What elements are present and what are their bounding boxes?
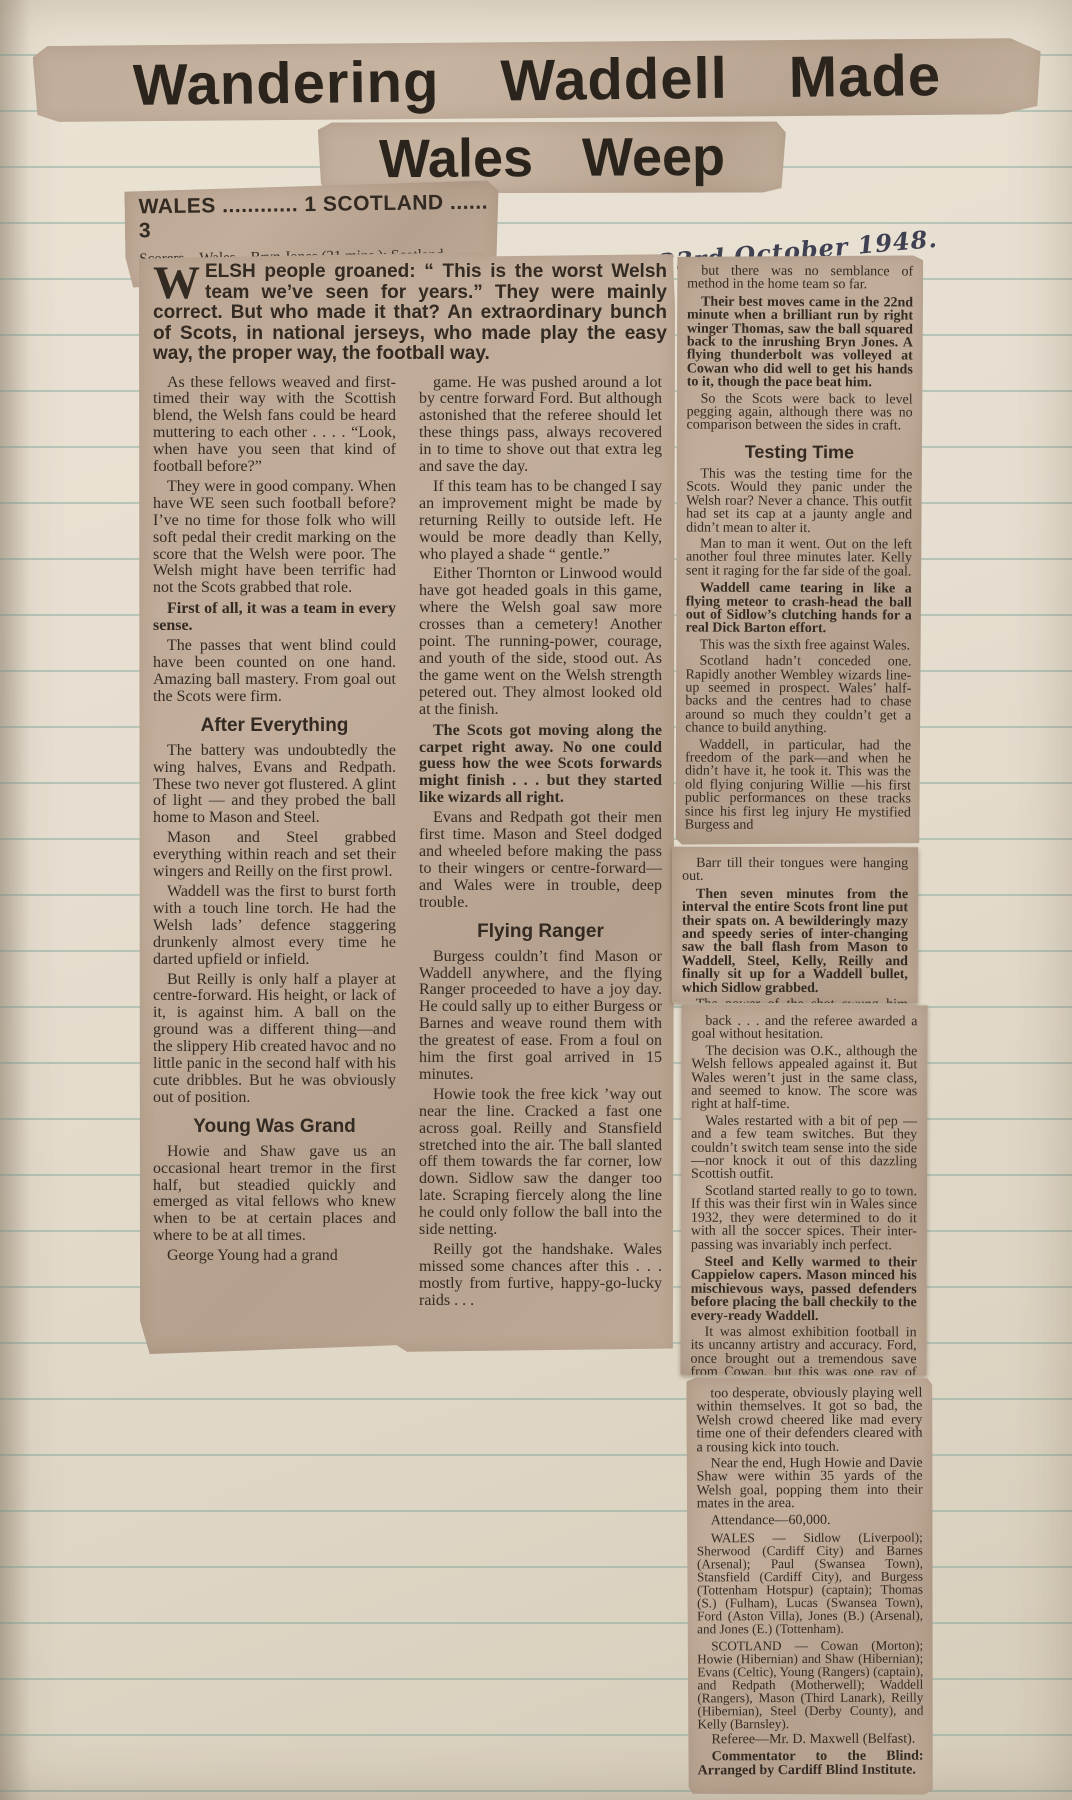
section-heading: After Everything — [153, 715, 396, 737]
lead-text: ELSH people groaned: “ This is the worst… — [153, 261, 667, 364]
article-paragraph: If this team has to be changed I say an … — [419, 479, 662, 564]
article-paragraph: Either Thornton or Linwood would have go… — [419, 566, 662, 718]
article-paragraph: The decision was O.K., although the Wels… — [691, 1045, 917, 1113]
article-column-left: As these fellows weaved and first-timed … — [153, 372, 396, 1310]
article-paragraph: Waddell, in particular, had the freedom … — [685, 738, 911, 833]
article-paragraph: They were in good company. When have WE … — [153, 479, 396, 597]
article-paragraph: Mason and Steel grabbed everything withi… — [153, 830, 396, 881]
article-right-clipping-4: too desperate, obviously playing well wi… — [686, 1377, 933, 1796]
article-paragraph: The passes that went blind could have be… — [153, 638, 396, 706]
article-paragraph: The power of the shot swung him round on… — [682, 998, 908, 1003]
article-right-clipping-3: back . . . and the referee awarded a goa… — [681, 1005, 928, 1376]
article-paragraph: Man to man it went. Out on the left anot… — [686, 537, 912, 578]
headline-strip-top: Wandering Waddell Made — [33, 34, 1042, 126]
article-paragraph: Then seven minutes from the interval the… — [682, 888, 908, 996]
article-paragraph: But Reilly is only half a player at cent… — [153, 972, 396, 1107]
article-paragraph: The Scots got moving along the carpet ri… — [419, 723, 662, 808]
article-paragraph: SCOTLAND — Cowan (Morton); Howie (Hibern… — [697, 1639, 923, 1731]
article-paragraph: Burgess couldn’t find Mason or Waddell a… — [419, 949, 662, 1084]
article-paragraph: Waddell came tearing in like a flying me… — [686, 582, 912, 637]
article-paragraph: Their best moves came in the 22nd minute… — [687, 295, 913, 390]
article-paragraph: Reilly got the handshake. Wales missed s… — [419, 1242, 662, 1310]
article-paragraph: Wales restarted with a bit of pep —and a… — [691, 1115, 917, 1183]
section-heading: Testing Time — [686, 440, 912, 463]
article-paragraph: back . . . and the referee awarded a goa… — [691, 1015, 917, 1042]
lead-paragraph: WELSH people groaned: “ This is the wors… — [153, 262, 667, 365]
article-paragraph: too desperate, obviously playing well wi… — [696, 1387, 922, 1455]
article-paragraph: Howie took the free kick ’way out near t… — [419, 1087, 662, 1239]
article-main-clipping: WELSH people groaned: “ This is the wors… — [139, 252, 675, 1354]
article-paragraph: WALES — Sidlow (Liverpool); Sherwood (Ca… — [697, 1531, 923, 1636]
article-paragraph: Scotland hadn’t conceded one. Rapidly an… — [685, 655, 911, 736]
section-heading: Young Was Grand — [153, 1116, 396, 1138]
article-paragraph: but there was no semblance of method in … — [687, 265, 913, 293]
scrapbook-page: Wandering Waddell Made Wales Weep WALES … — [0, 0, 1072, 1800]
article-paragraph: Near the end, Hugh Howie and Davie Shaw … — [697, 1457, 923, 1511]
section-heading: Flying Ranger — [419, 921, 662, 943]
article-paragraph: Attendance—60,000. — [697, 1513, 923, 1527]
article-paragraph: As these fellows weaved and first-timed … — [153, 375, 396, 476]
article-paragraph: Evans and Redpath got their men first ti… — [419, 810, 662, 911]
article-paragraph: This was the sixth free against Wales. — [686, 638, 912, 652]
article-paragraph: game. He was pushed around a lot by cent… — [419, 375, 662, 476]
article-paragraph: The battery was undoubtedly the wing hal… — [153, 743, 396, 828]
article-right-clipping-1: but there was no semblance of method in … — [675, 254, 924, 845]
article-right-clipping-2: Barr till their tongues were hanging out… — [672, 847, 918, 1003]
article-column-middle: game. He was pushed around a lot by cent… — [419, 372, 662, 1310]
article-paragraph: Referee—Mr. D. Maxwell (Belfast). — [698, 1733, 924, 1747]
article-paragraph: It was almost exhibition football in its… — [690, 1326, 916, 1376]
score-line: WALES ............ 1 SCOTLAND ...... 3 — [138, 191, 491, 244]
article-paragraph: First of all, it was a team in every sen… — [153, 601, 396, 635]
headline-line-1: Wandering Waddell Made — [133, 42, 942, 119]
article-paragraph: Barr till their tongues were hanging out… — [682, 857, 908, 884]
article-paragraph: Scotland started really to go to town. I… — [691, 1185, 917, 1253]
article-paragraph: Commentator to the Blind: Arranged by Ca… — [698, 1750, 924, 1778]
article-paragraph: Howie and Shaw gave us an occasional hea… — [153, 1144, 396, 1245]
article-paragraph: This was the testing time for the Scots.… — [686, 467, 912, 535]
drop-cap: W — [153, 265, 200, 301]
article-paragraph: So the Scots were back to level pegging … — [687, 392, 913, 433]
headline-line-2: Wales Weep — [379, 125, 726, 189]
article-columns: As these fellows weaved and first-timed … — [153, 372, 667, 1310]
article-paragraph: Waddell was the first to burst forth wit… — [153, 884, 396, 969]
article-paragraph: Steel and Kelly warmed to their Cappielo… — [691, 1256, 917, 1324]
article-paragraph: George Young had a grand — [153, 1248, 396, 1265]
